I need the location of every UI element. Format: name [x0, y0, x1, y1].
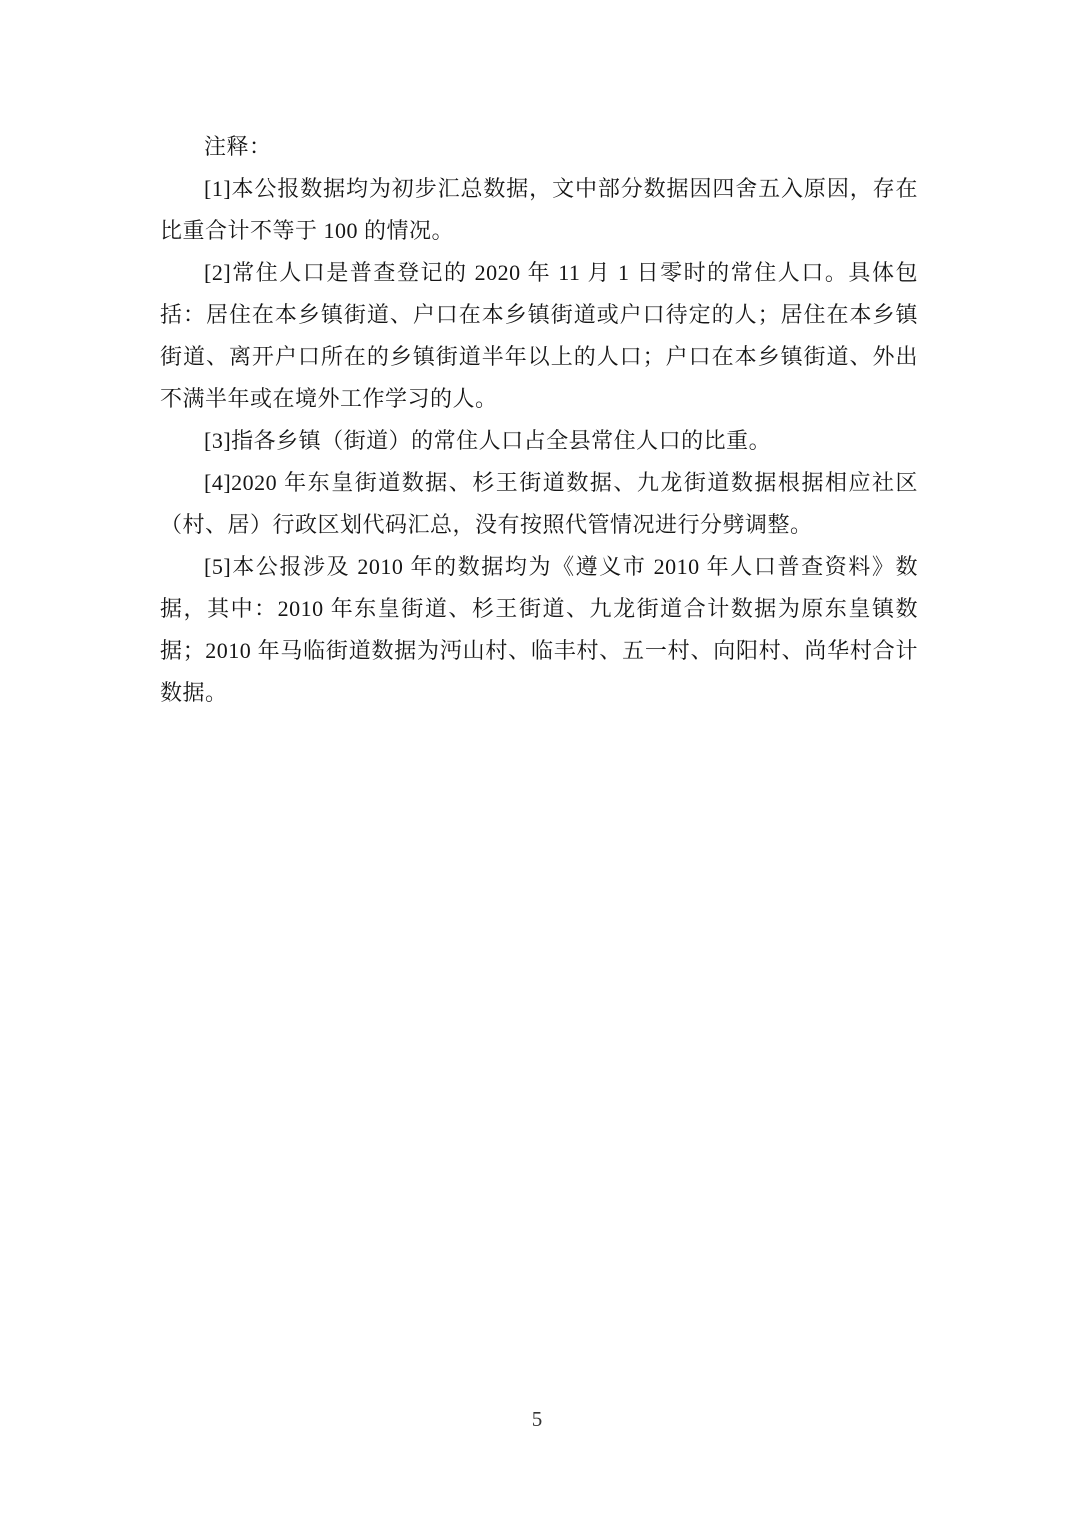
notes-heading: 注释： — [160, 126, 918, 168]
notes-section: 注释： [1]本公报数据均为初步汇总数据，文中部分数据因四舍五入原因，存在比重合… — [160, 126, 918, 714]
note-item-3: [3]指各乡镇（街道）的常住人口占全县常住人口的比重。 — [160, 420, 918, 462]
note-item-1: [1]本公报数据均为初步汇总数据，文中部分数据因四舍五入原因，存在比重合计不等于… — [160, 168, 918, 252]
note-item-2: [2]常住人口是普查登记的 2020 年 11 月 1 日零时的常住人口。具体包… — [160, 252, 918, 420]
page-number: 5 — [532, 1407, 543, 1431]
note-item-4: [4]2020 年东皇街道数据、杉王街道数据、九龙街道数据根据相应社区（村、居）… — [160, 462, 918, 546]
document-page: 注释： [1]本公报数据均为初步汇总数据，文中部分数据因四舍五入原因，存在比重合… — [0, 0, 1074, 1520]
page-footer: 5 — [0, 1398, 1074, 1440]
note-item-5: [5]本公报涉及 2010 年的数据均为《遵义市 2010 年人口普查资料》数据… — [160, 546, 918, 714]
